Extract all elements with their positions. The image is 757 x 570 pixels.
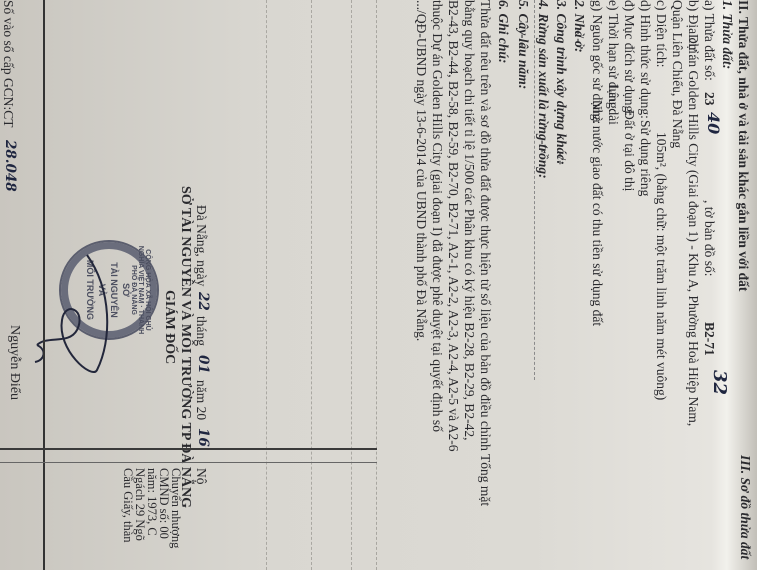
other-construction-label: 3. Công trình xây dựng khác: (553, 0, 569, 165)
section-iii-header: III. Sơ đồ thửa đất (737, 455, 753, 559)
ruled-line (311, 0, 312, 570)
forest-value: -/- (535, 140, 551, 153)
notes-line: .../QĐ-UBND ngày 13-6-2014 của UBND thàn… (413, 0, 429, 341)
origin-value: Nhà nước giao đất có thu tiền sử dụng đấ… (589, 100, 605, 326)
signature-year: 16 (195, 428, 211, 447)
map-sheet-label: , tờ bản đồ số: (701, 200, 717, 277)
house-label: 2. Nhà ở: (571, 0, 587, 53)
section-ii-header: II. Thửa đất, nhà ở và tài sản khác gắn … (735, 0, 751, 291)
transfer-line: Cầu Giấy, thàn (121, 468, 135, 543)
stamp-outer-text: CỘNG HÒA XÃ HỘI CHỦ NGHĨA VIỆT NAM · THÀ… (130, 242, 151, 338)
notes-line: B2-43, B2-44, B2-58, B2-59, B2-70, B2-71… (445, 0, 461, 452)
stamp-inner-line: SỞ (121, 242, 131, 338)
signature-day: 22 (195, 292, 211, 311)
signature-year-label: năm 20 (193, 380, 209, 420)
certificate-page: II. Thửa đất, nhà ở và tài sản khác gắn … (0, 0, 757, 570)
notes-label: 6. Ghi chú: (495, 0, 511, 63)
signature-month-label: tháng (193, 316, 209, 346)
term-value: Lâu dài (605, 84, 621, 125)
table-border (0, 462, 377, 463)
form-value: Sử dụng riêng (637, 120, 653, 196)
land-plot-label: 1. Thửa đất: (719, 0, 735, 69)
table-border (44, 0, 46, 570)
purpose-value: Đất ở tại đô thị (621, 110, 637, 191)
notes-line: bằng quy hoạch chi tiết tỉ lệ 1/500 các … (461, 0, 477, 441)
registry-label: Số vào sổ cấp GCN:CT (0, 0, 16, 128)
map-sheet: B2-71 (701, 322, 717, 356)
transfer-line: CMND số: 00 (157, 468, 171, 539)
divider (534, 0, 535, 380)
signature-scribble (27, 250, 117, 390)
other-construction-value: -/- (553, 152, 569, 165)
form-label: d) Hình thức sử dụng: (637, 0, 653, 119)
signature-month: 01 (195, 355, 211, 374)
area-value: 105m², (bằng chữ: một trăm linh năm mét … (653, 132, 669, 400)
house-value: -/- (571, 30, 587, 43)
plot-number-handwritten: 40 (705, 112, 721, 134)
transfer-line: Ngách 29 Ngõ (133, 468, 147, 541)
address-line-2: Quận Liên Chiểu, Đà Nẵng (669, 0, 685, 148)
issuer: SỞ TÀI NGUYÊN VÀ MÔI TRƯỜNG TP ĐÀ NẴNG (177, 186, 193, 508)
section-iv-cut: Nộ (193, 468, 209, 485)
plot-number-label: a) Thửa đất số: (701, 0, 717, 81)
ruled-line (266, 0, 267, 570)
table-border (0, 448, 377, 450)
ruled-line (351, 0, 352, 570)
map-sheet-handwritten: 32 (711, 370, 727, 395)
notes-line: Thửa đất nêu trên và sơ đồ thửa đất được… (477, 0, 493, 506)
area-label: c) Diện tích: (653, 0, 669, 67)
transfer-line: năm: 1973, C (145, 468, 159, 536)
signer-name: Nguyễn Điểu (6, 325, 22, 400)
plot-number: 23 (701, 92, 717, 106)
purpose-label: đ) Mục đích sử dụng: (621, 0, 637, 116)
perennial-value: -/- (515, 34, 531, 47)
signature-date-prefix: Đà Nẵng, ngày (193, 205, 209, 286)
issuer-title: GIÁM ĐỐC (161, 290, 177, 364)
transfer-line: Chuyển nhượng (169, 468, 183, 548)
ruled-line (376, 0, 377, 570)
notes-line: thuộc Dự án Golden Hills City (giai đoạn… (429, 0, 445, 432)
registry-value: 28.048 (2, 140, 18, 192)
address-line-1: Dự án Golden Hills City (Giai đoạn 1) - … (685, 34, 701, 426)
